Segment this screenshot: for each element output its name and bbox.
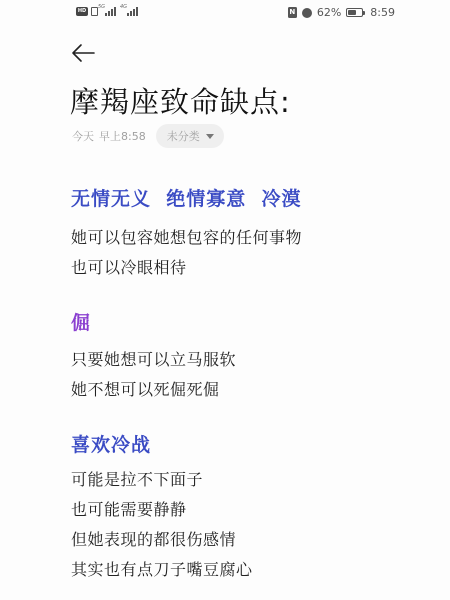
section-heading: 倔	[71, 308, 236, 335]
signal-5g-icon: 5G	[105, 7, 116, 16]
battery-percent: 62%	[317, 6, 341, 19]
clock: 8:59	[370, 6, 395, 19]
status-right: N 62% 8:59	[288, 6, 395, 19]
body-line: 也可能需要静静	[71, 495, 253, 525]
category-label: 未分类	[167, 128, 200, 144]
arrow-left-icon	[70, 42, 96, 64]
category-dropdown[interactable]: 未分类	[156, 124, 224, 148]
status-bar: HD 5G 4G N 62% 8:59	[0, 0, 450, 26]
section-1: 无情无义 绝情寡意 冷漠 她可以包容她想包容的任何事物 也可以冷眼相待	[71, 184, 302, 283]
body-line: 其实也有点刀子嘴豆腐心	[71, 555, 253, 585]
section-heading: 喜欢冷战	[71, 430, 253, 457]
time-label: 早上8:58	[99, 128, 146, 144]
battery-icon	[346, 8, 365, 17]
section-heading: 无情无义 绝情寡意 冷漠	[71, 184, 302, 211]
alarm-icon	[302, 8, 312, 18]
nfc-icon: N	[288, 7, 297, 18]
nfc-small-icon	[91, 7, 98, 16]
note-title: 摩羯座致命缺点:	[70, 80, 291, 121]
body-line: 她不想可以死倔死倔	[71, 375, 236, 405]
hd-icon: HD	[76, 7, 88, 16]
section-2: 倔 只要她想可以立马服软 她不想可以死倔死倔	[71, 308, 236, 405]
status-left: HD 5G 4G	[76, 7, 138, 16]
section-3: 喜欢冷战 可能是拉不下面子 也可能需要静静 但她表现的都很伤感情 其实也有点刀子…	[71, 430, 253, 585]
note-meta: 今天 早上8:58 未分类	[72, 124, 224, 148]
signal-4g-icon: 4G	[127, 7, 138, 16]
body-line: 只要她想可以立马服软	[71, 345, 236, 375]
body-line: 可能是拉不下面子	[71, 465, 253, 495]
body-line: 她可以包容她想包容的任何事物	[71, 223, 302, 253]
caret-down-icon	[206, 134, 214, 139]
signal-tag: 4G	[120, 4, 127, 10]
signal-tag: 5G	[98, 4, 105, 10]
body-line: 也可以冷眼相待	[71, 253, 302, 283]
date-label: 今天	[72, 128, 94, 144]
body-line: 但她表现的都很伤感情	[71, 525, 253, 555]
back-button[interactable]	[70, 42, 96, 64]
